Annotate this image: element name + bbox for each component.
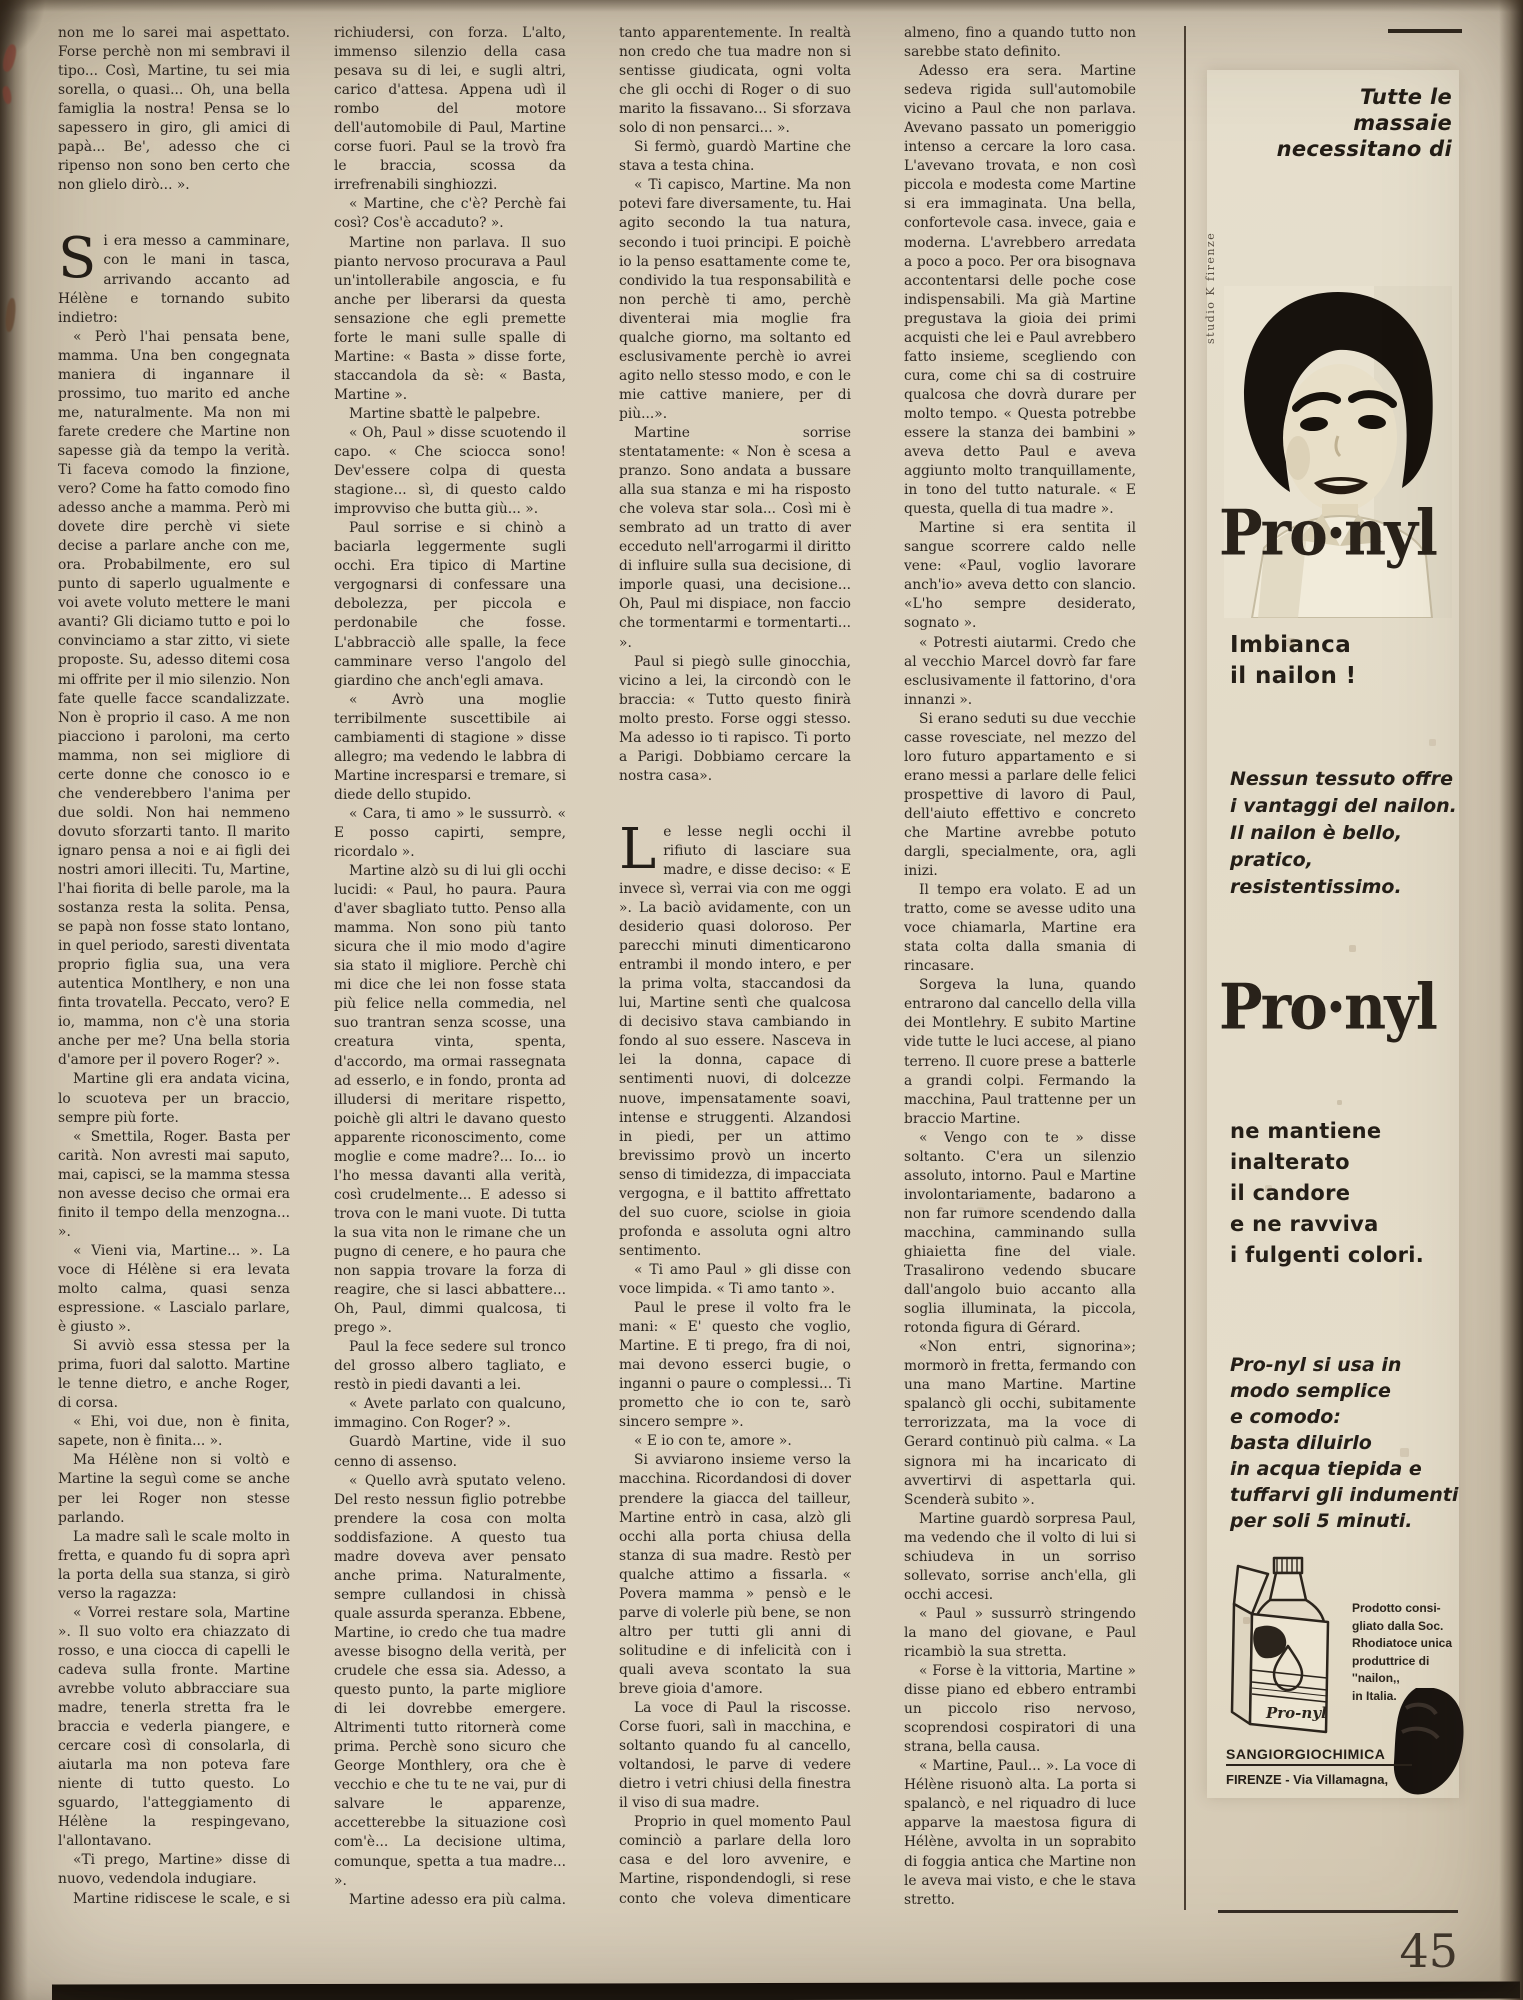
story-paragraph: « Ti amo Paul » gli disse con voce limpi… — [619, 1261, 851, 1299]
product-box-illustration: Pro-nyl — [1222, 1542, 1344, 1742]
story-paragraph: La voce di Paul la riscosse. Corse fuori… — [619, 1699, 851, 1813]
story-paragraph: «Ti prego, Martine» disse di nuovo, vede… — [58, 1851, 290, 1889]
story-paragraph: richiudersi, con forza. L'alto, immenso … — [334, 24, 566, 195]
story-paragraph: Paul la fece sedere sul tronco del gross… — [334, 1338, 566, 1395]
story-column-3: tanto apparentemente. In realtà non cred… — [619, 24, 851, 1910]
story-paragraph: Martine sbattè le palpebre. — [334, 405, 566, 424]
story-paragraph: Paul si piegò sulle ginocchia, vicino a … — [619, 653, 851, 786]
story-paragraph: « Paul » sussurrò stringendo la mano del… — [904, 1605, 1136, 1662]
story-paragraph: « Oh, Paul » disse scuotendo il capo. « … — [334, 424, 566, 519]
ad-top-rule — [1388, 29, 1462, 33]
page-top-edge-shadow — [0, 0, 1523, 12]
story-paragraph: Martine sorrise stentatamente: « Non è s… — [619, 424, 851, 653]
story-paragraph: «Non entri, signorina»; mormorò in frett… — [904, 1338, 1136, 1509]
story-paragraph: Si avviò essa stessa per la prima, fuori… — [58, 1337, 290, 1413]
story-paragraph: tanto apparentemente. In realtà non cred… — [619, 24, 851, 138]
story-paragraph: Ma Hélène non si voltò e Martine la segu… — [58, 1451, 290, 1527]
story-paragraph: Sorgeva la luna, quando entrarono dal ca… — [904, 976, 1136, 1128]
story-column-1: non me lo sarei mai aspettato. Forse per… — [58, 24, 290, 1910]
story-paragraph: « Vorrei restare sola, Martine ». Il suo… — [58, 1604, 290, 1852]
story-paragraph: « Potresti aiutarmi. Credo che al vecchi… — [904, 634, 1136, 710]
column-divider-rule — [1184, 26, 1186, 1910]
scan-bottom-bar — [52, 1981, 1520, 2000]
story-paragraph: Si fermò, guardò Martine che stava a tes… — [619, 138, 851, 176]
ad-usage-instructions: Pro-nyl si usa in modo semplice e comodo… — [1230, 1352, 1458, 1534]
ad-claim-whiten: Imbianca il nailon ! — [1230, 630, 1357, 692]
drop-cap: L — [619, 823, 663, 872]
story-paragraph: Le lesse negli occhi il rifiuto di lasci… — [619, 823, 851, 1261]
ad-company-name: SANGIORGIOCHIMICA — [1226, 1746, 1385, 1762]
drop-cap: S — [58, 232, 103, 281]
story-paragraph: Paul le prese il volto fra le mani: « E'… — [619, 1299, 851, 1432]
story-paragraph: Adesso era sera. Martine sedeva rigida s… — [904, 62, 1136, 519]
page-number: 45 — [1370, 1924, 1458, 1978]
story-column-2: richiudersi, con forza. L'alto, immenso … — [334, 24, 566, 1910]
story-paragraph: « E io con te, amore ». — [619, 1432, 851, 1451]
story-paragraph: almeno, fino a quando tutto non sarebbe … — [904, 24, 1136, 62]
story-paragraph: Martine ridiscese le scale, e si fermò s… — [58, 1890, 290, 1911]
story-paragraph: non me lo sarei mai aspettato. Forse per… — [58, 24, 290, 195]
story-paragraph: « Però l'hai pensata bene, mamma. Una be… — [58, 328, 290, 1071]
story-paragraph: La madre salì le scale molto in fretta, … — [58, 1528, 290, 1604]
ad-claim-fabric: Nessun tessuto offre i vantaggi del nail… — [1230, 766, 1457, 901]
story-paragraph: Martine adesso era più calma. « Non sarà… — [334, 1891, 566, 1910]
ad-claim-color: ne mantiene inalterato il candore e ne r… — [1230, 1116, 1424, 1271]
ad-company-underline — [1226, 1764, 1412, 1766]
ad-company-address: FIRENZE - Via Villamagna, — [1226, 1772, 1388, 1787]
folio-rule — [1218, 1910, 1458, 1913]
page-right-edge-shadow — [1499, 0, 1523, 2000]
story-paragraph: « Vengo con te » disse soltanto. C'era u… — [904, 1129, 1136, 1339]
story-paragraph: Martine si era sentita il sangue scorrer… — [904, 519, 1136, 633]
story-paragraph: Si avviarono insieme verso la macchina. … — [619, 1451, 851, 1699]
story-paragraph: Paul sorrise e si chinò a baciarla legge… — [334, 519, 566, 690]
paper-stains — [0, 0, 1, 1]
story-paragraph: Martine guardò sorpresa Paul, ma vedendo… — [904, 1510, 1136, 1605]
story-paragraph: « Forse è la vittoria, Martine » disse p… — [904, 1662, 1136, 1757]
dark-photo-blob — [1386, 1688, 1464, 1796]
story-paragraph: Si erano seduti su due vecchie casse rov… — [904, 710, 1136, 881]
story-paragraph: Martine gli era andata vicina, lo scuote… — [58, 1070, 290, 1127]
story-paragraph: « Ti capisco, Martine. Ma non potevi far… — [619, 176, 851, 424]
story-column-4: almeno, fino a quando tutto non sarebbe … — [904, 24, 1136, 1910]
ad-headline: Tutte le massaie necessitano di — [1230, 84, 1452, 162]
story-paragraph: « Avrò una moglie terribilmente suscetti… — [334, 691, 566, 805]
story-paragraph: « Quello avrà sputato veleno. Del resto … — [334, 1472, 566, 1891]
pronyl-logo-top: Pro·nyl — [1219, 496, 1436, 569]
magazine-page: non me lo sarei mai aspettato. Forse per… — [0, 0, 1523, 2000]
story-paragraph: Proprio in quel momento Paul cominciò a … — [619, 1813, 851, 1910]
story-paragraph: « Ehi, voi due, non è finita, sapete, no… — [58, 1413, 290, 1451]
product-label-text: Pro-nyl — [1265, 1704, 1327, 1722]
story-paragraph: Guardò Martine, vide il suo cenno di ass… — [334, 1433, 566, 1471]
story-paragraph: « Avete parlato con qualcuno, immagino. … — [334, 1395, 566, 1433]
story-paragraph: « Martine, che c'è? Perchè fai così? Cos… — [334, 195, 566, 233]
story-paragraph: Il tempo era volato. E ad un tratto, com… — [904, 881, 1136, 976]
photo-credit: studio K firenze — [1204, 224, 1220, 344]
pronyl-logo-middle: Pro·nyl — [1219, 970, 1436, 1043]
story-paragraph: « Smettila, Roger. Basta per carità. Non… — [58, 1128, 290, 1242]
story-paragraph: « Vieni via, Martine... ». La voce di Hé… — [58, 1242, 290, 1337]
story-paragraph: « Cara, ti amo » le sussurrò. « E posso … — [334, 805, 566, 862]
story-paragraph: Si era messo a camminare, con le mani in… — [58, 232, 290, 327]
story-paragraph: Martine alzò su di lui gli occhi lucidi:… — [334, 862, 566, 1338]
pronyl-package-drawing: Pro-nyl — [1222, 1542, 1344, 1742]
story-paragraph: « Martine, Paul... ». La voce di Hélène … — [904, 1757, 1136, 1909]
story-paragraph: Martine non parlava. Il suo pianto nervo… — [334, 234, 566, 405]
